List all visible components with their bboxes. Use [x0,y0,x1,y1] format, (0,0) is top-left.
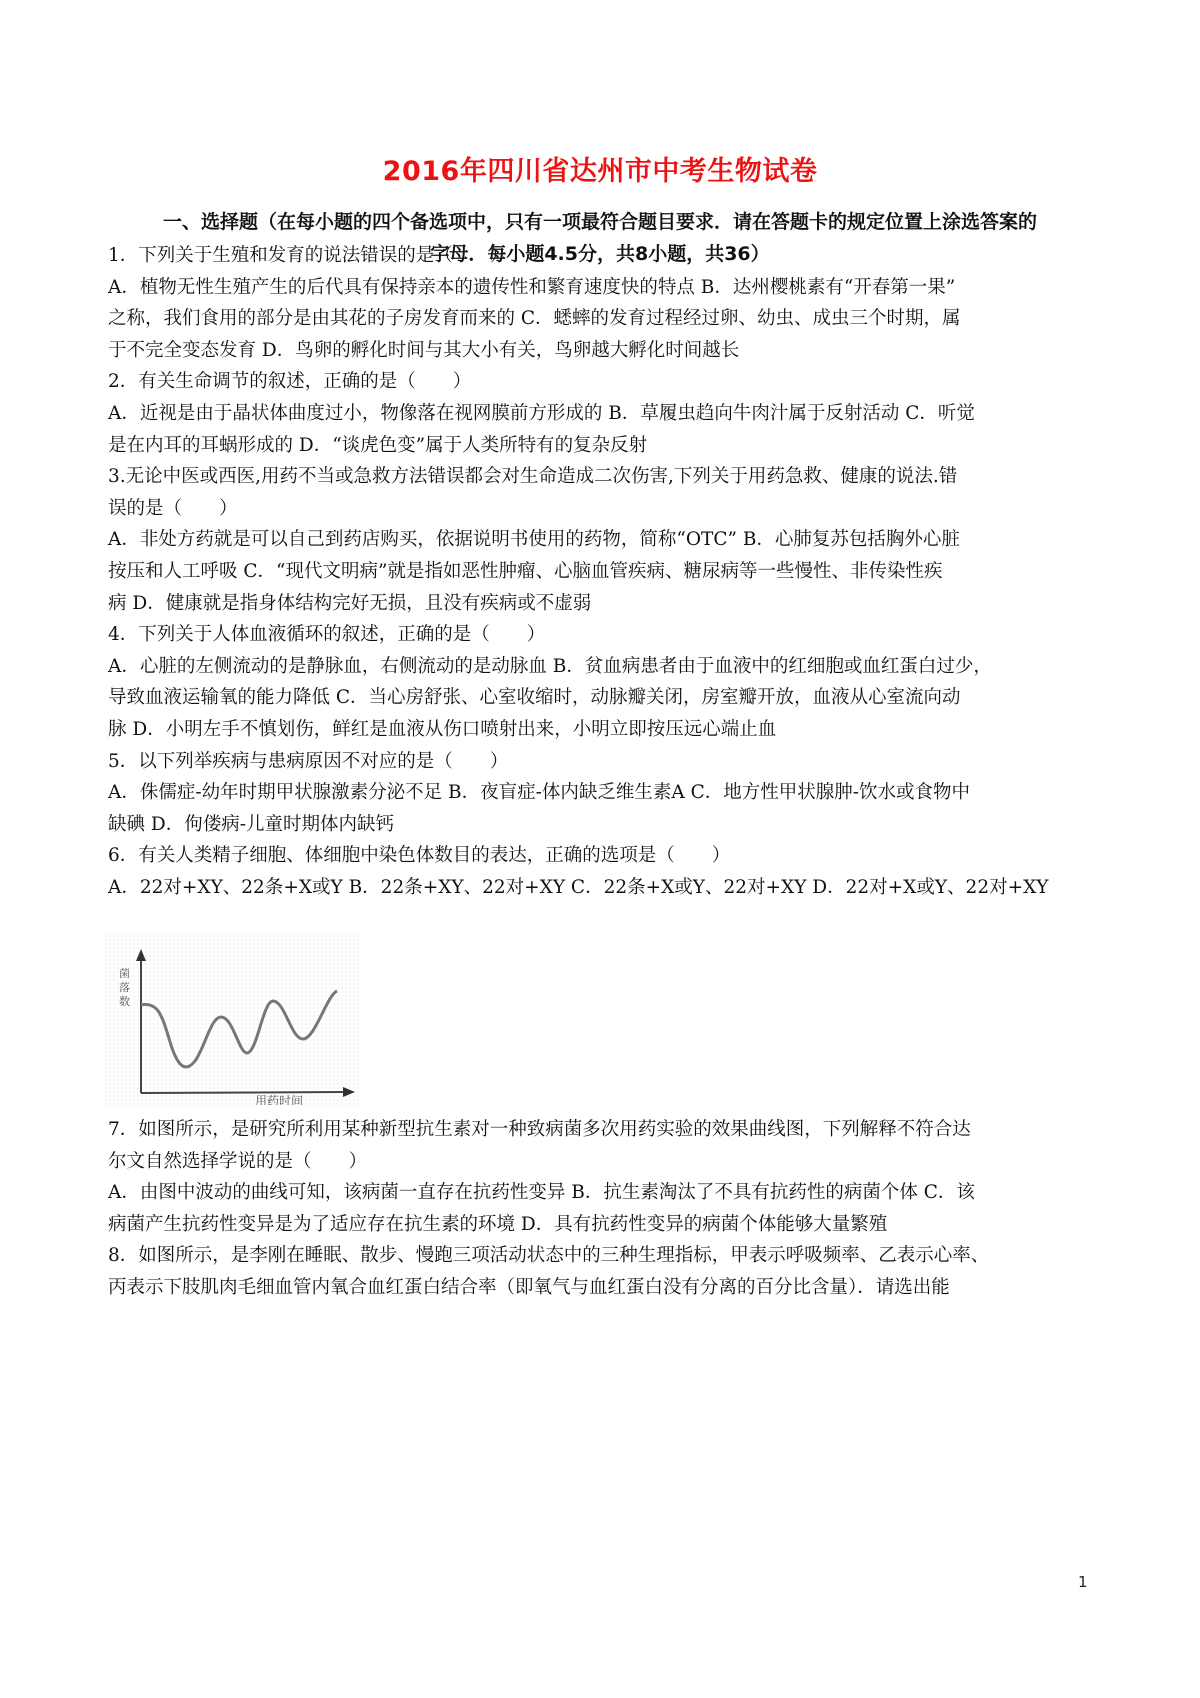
question-options: 缺碘 D．佝偻病-儿童时期体内缺钙 [108,809,1098,841]
question-options: 是在内耳的耳蜗形成的 D．“谈虎色变”属于人类所特有的复杂反射 [108,430,1098,462]
question-options: 脉 D．小明左手不慎划伤，鲜红是血液从伤口喷射出来，小明立即按压远心端止血 [108,714,1098,746]
question-stem: 6．有关人类精子细胞、体细胞中染色体数目的表达，正确的选项是（ ） [108,840,1098,872]
question-5: 5．以下列举疾病与患病原因不对应的是（ ） A．侏儒症-幼年时期甲状腺激素分泌不… [108,746,1098,841]
chart-svg: 菌落数 用药时间 [105,935,360,1105]
y-axis-label-char: 落 [119,980,130,994]
question-stem: 1．下列关于生殖和发育的说法错误的是（ ） [108,240,1098,272]
question-stem: 3.无论中医或西医,用药不当或急救方法错误都会对生命造成二次伤害,下列关于用药急… [108,461,1098,493]
question-options: A．心脏的左侧流动的是静脉血，右侧流动的是动脉血 B．贫血病患者由于血液中的红细… [108,651,1098,683]
question-options: A．非处方药就是可以自己到药店购买，依据说明书使用的药物，简称“OTC” B．心… [108,524,1098,556]
document-title: 2016年四川省达州市中考生物试卷 [0,152,1200,192]
y-axis-label: 菌落数 [119,966,130,1008]
bacteria-count-chart: 菌落数 用药时间 [105,935,360,1105]
question-stem: 误的是（ ） [108,493,1098,525]
questions-1-6: 1．下列关于生殖和发育的说法错误的是（ ） A．植物无性生殖产生的后代具有保持亲… [108,240,1098,903]
section-heading-line: 一、选择题（在每小题的四个备选项中，只有一项最符合题目要求．请在答题卡的规定位置… [108,206,1092,238]
question-options: A．22对+XY、22条+X或Y B．22条+XY、22对+XY C．22条+X… [108,872,1098,904]
question-6: 6．有关人类精子细胞、体细胞中染色体数目的表达，正确的选项是（ ） A．22对+… [108,840,1098,903]
question-1: 1．下列关于生殖和发育的说法错误的是（ ） A．植物无性生殖产生的后代具有保持亲… [108,240,1098,366]
question-options: A．侏儒症-幼年时期甲状腺激素分泌不足 B．夜盲症-体内缺乏维生素A C．地方性… [108,777,1098,809]
y-axis-label-char: 数 [119,994,130,1008]
question-3: 3.无论中医或西医,用药不当或急救方法错误都会对生命造成二次伤害,下列关于用药急… [108,461,1098,619]
x-axis-label: 用药时间 [255,1093,303,1105]
page-number: 1 [1078,1573,1088,1591]
question-options: 病 D．健康就是指身体结构完好无损，且没有疾病或不虚弱 [108,588,1098,620]
question-options: A．植物无性生殖产生的后代具有保持亲本的遗传性和繁育速度快的特点 B．达州樱桃素… [108,272,1098,304]
question-2: 2．有关生命调节的叙述，正确的是（ ） A．近视是由于晶状体曲度过小，物像落在视… [108,366,1098,461]
question-options: 之称，我们食用的部分是由其花的子房发育而来的 C．蟋蟀的发育过程经过卵、幼虫、成… [108,303,1098,335]
x-axis [141,1092,345,1093]
question-stem: 2．有关生命调节的叙述，正确的是（ ） [108,366,1098,398]
question-options: 按压和人工呼吸 C．“现代文明病”就是指如恶性肿瘤、心脑血管疾病、糖尿病等一些慢… [108,556,1098,588]
question-stem: 7．如图所示，是研究所利用某种新型抗生素对一种致病菌多次用药实验的效果曲线图，下… [108,1114,1098,1146]
question-options: 导致血液运输氧的能力降低 C．当心房舒张、心室收缩时，动脉瓣关闭，房室瓣开放，血… [108,682,1098,714]
questions-7-8: 7．如图所示，是研究所利用某种新型抗生素对一种致病菌多次用药实验的效果曲线图，下… [108,1114,1098,1304]
question-options: A．由图中波动的曲线可知，该病菌一直存在抗药性变异 B．抗生素淘汰了不具有抗药性… [108,1177,1098,1209]
question-stem: 5．以下列举疾病与患病原因不对应的是（ ） [108,746,1098,778]
question-stem: 丙表示下肢肌肉毛细血管内氧合血红蛋白结合率（即氧气与血红蛋白没有分离的百分比含量… [108,1272,1098,1304]
y-axis-label-char: 菌 [119,966,130,980]
document-page: 2016年四川省达州市中考生物试卷 一、选择题（在每小题的四个备选项中，只有一项… [0,0,1200,1698]
question-4: 4．下列关于人体血液循环的叙述，正确的是（ ） A．心脏的左侧流动的是静脉血，右… [108,619,1098,745]
question-stem: 8．如图所示，是李刚在睡眠、散步、慢跑三项活动状态中的三种生理指标，甲表示呼吸频… [108,1240,1098,1272]
question-options: A．近视是由于晶状体曲度过小，物像落在视网膜前方形成的 B．草履虫趋向牛肉汁属于… [108,398,1098,430]
question-stem: 尔文自然选择学说的是（ ） [108,1146,1098,1178]
question-options: 病菌产生抗药性变异是为了适应存在抗生素的环境 D．具有抗药性变异的病菌个体能够大… [108,1209,1098,1241]
question-7: 7．如图所示，是研究所利用某种新型抗生素对一种致病菌多次用药实验的效果曲线图，下… [108,1114,1098,1240]
question-options: 于不完全变态发育 D．鸟卵的孵化时间与其大小有关，鸟卵越大孵化时间越长 [108,335,1098,367]
question-8: 8．如图所示，是李刚在睡眠、散步、慢跑三项活动状态中的三种生理指标，甲表示呼吸频… [108,1240,1098,1303]
question-stem: 4．下列关于人体血液循环的叙述，正确的是（ ） [108,619,1098,651]
